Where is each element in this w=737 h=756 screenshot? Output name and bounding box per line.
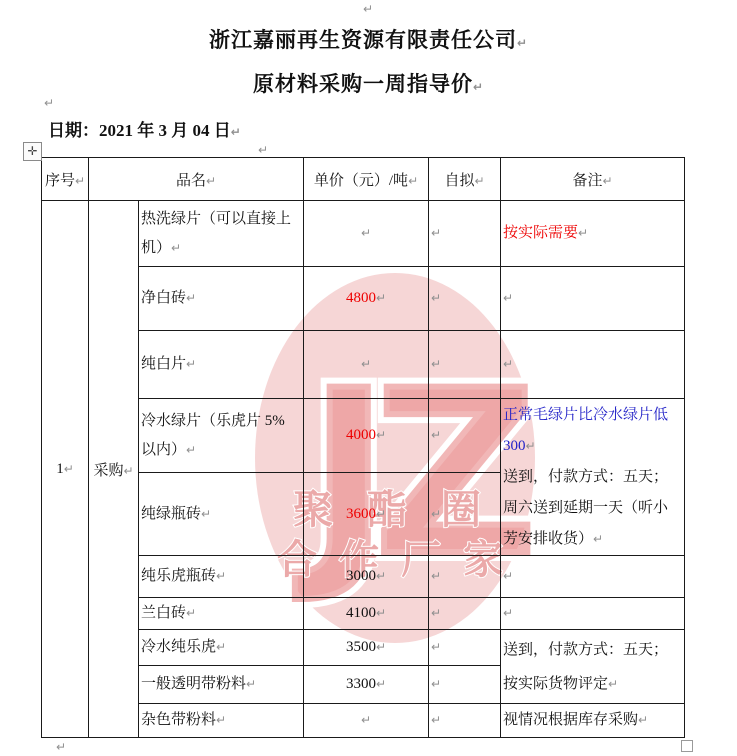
paragraph-mark: ↵ <box>503 606 513 620</box>
table-row: 冷水纯乐虎↵ 3500↵ ↵ 送到，付款方式：五天； 按实际货物评定↵ <box>42 630 685 666</box>
paragraph-mark: ↵ <box>602 174 612 188</box>
product-name-cell[interactable]: 兰白砖↵ <box>139 598 304 630</box>
product-name-text: 一般透明带粉料 <box>141 676 246 692</box>
price-text: 4800 <box>346 290 376 306</box>
paragraph-mark: ↵ <box>216 569 226 583</box>
table-resize-handle[interactable] <box>681 740 693 752</box>
paragraph-mark: ↵ <box>431 606 441 620</box>
table-row: 纯白片↵ ↵ ↵ ↵ <box>42 331 685 399</box>
self-cell[interactable]: ↵ <box>429 556 501 598</box>
remark-black-text: 送到，付款方式：五天；周六送到延期一天（听小芳安排收货） <box>503 469 668 547</box>
price-cell[interactable]: ↵ <box>304 704 429 738</box>
header-price-text: 单价（元）/吨 <box>314 173 408 189</box>
paragraph-mark: ↵ <box>473 80 484 94</box>
paragraph-mark: ↵ <box>517 36 528 50</box>
paragraph-mark: ↵ <box>431 677 441 691</box>
paragraph-mark: ↵ <box>431 713 441 727</box>
document-title-text: 浙江嘉丽再生资源有限责任公司 <box>209 28 517 52</box>
product-name-text: 净白砖 <box>141 290 186 306</box>
self-cell[interactable]: ↵ <box>429 666 501 704</box>
price-cell[interactable]: 4000↵ <box>304 399 429 473</box>
header-name-text: 品名 <box>176 173 206 189</box>
paragraph-mark: ↵ <box>186 357 196 371</box>
remark-text: 按实际需要 <box>503 225 578 241</box>
header-serial[interactable]: 序号↵ <box>42 158 89 201</box>
header-remark-text: 备注 <box>572 173 602 189</box>
paragraph-mark: ↵ <box>246 677 256 691</box>
paragraph-mark: ↵ <box>186 606 196 620</box>
product-name-cell[interactable]: 冷水绿片（乐虎片 5% 以内）↵ <box>139 399 304 473</box>
self-cell[interactable]: ↵ <box>429 473 501 556</box>
remark-cell[interactable]: 按实际需要↵ <box>501 201 685 267</box>
paragraph-mark: ↵ <box>258 143 268 157</box>
document-subtitle-text: 原材料采购一周指导价 <box>253 72 473 96</box>
price-cell[interactable]: ↵ <box>304 331 429 399</box>
header-row: 序号↵ 品名↵ 单价（元）/吨↵ 自拟↵ 备注↵ <box>42 158 685 201</box>
table-row: 杂色带粉料↵ ↵ ↵ 视情况根据库存采购↵ <box>42 704 685 738</box>
paragraph-mark: ↵ <box>186 291 196 305</box>
remark-cell[interactable]: ↵ <box>501 556 685 598</box>
paragraph-mark: ↵ <box>75 174 85 188</box>
header-remark[interactable]: 备注↵ <box>501 158 685 201</box>
paragraph-mark: ↵ <box>361 357 371 371</box>
paragraph-mark: ↵ <box>64 462 74 476</box>
paragraph-mark: ↵ <box>431 640 441 654</box>
remark-line2-text: 按实际货物评定 <box>503 676 608 692</box>
self-cell[interactable]: ↵ <box>429 598 501 630</box>
paragraph-mark: ↵ <box>376 640 386 654</box>
paragraph-mark: ↵ <box>56 740 66 754</box>
paragraph-mark: ↵ <box>503 291 513 305</box>
paragraph-mark: ↵ <box>376 507 386 521</box>
remark-merged-cell[interactable]: 送到，付款方式：五天； 按实际货物评定↵ <box>501 630 685 704</box>
header-self[interactable]: 自拟↵ <box>429 158 501 201</box>
paragraph-mark: ↵ <box>526 439 536 453</box>
table-row: 兰白砖↵ 4100↵ ↵ ↵ <box>42 598 685 630</box>
remark-merged-cell[interactable]: 正常毛绿片比冷水绿片低 300↵ 送到，付款方式：五天；周六送到延期一天（听小芳… <box>501 399 685 556</box>
remark-cell[interactable]: ↵ <box>501 267 685 331</box>
remark-cell[interactable]: ↵ <box>501 331 685 399</box>
price-text: 3500 <box>346 639 376 655</box>
header-name[interactable]: 品名↵ <box>89 158 304 201</box>
product-name-cell[interactable]: 净白砖↵ <box>139 267 304 331</box>
category-text: 采购 <box>93 463 123 479</box>
paragraph-mark: ↵ <box>578 226 588 240</box>
paragraph-mark: ↵ <box>431 226 441 240</box>
paragraph-mark: ↵ <box>431 357 441 371</box>
table-move-handle[interactable]: ✛ <box>23 142 42 161</box>
table-row: 纯乐虎瓶砖↵ 3000↵ ↵ ↵ <box>42 556 685 598</box>
paragraph-mark: ↵ <box>186 443 196 457</box>
paragraph-mark: ↵ <box>206 174 216 188</box>
paragraph-mark: ↵ <box>638 713 648 727</box>
price-text: 3300 <box>346 676 376 692</box>
date-text: 日期：2021 年 3 月 04 日 <box>48 121 231 140</box>
document-title[interactable]: 浙江嘉丽再生资源有限责任公司↵ <box>0 24 737 54</box>
remark-cell[interactable]: ↵ <box>501 598 685 630</box>
product-name-text: 冷水绿片（乐虎片 5% 以内） <box>141 413 285 458</box>
paragraph-mark: ↵ <box>44 96 54 110</box>
table-row: 冷水绿片（乐虎片 5% 以内）↵ 4000↵ ↵ 正常毛绿片比冷水绿片低 300… <box>42 399 685 473</box>
paragraph-mark: ↵ <box>376 569 386 583</box>
paragraph-mark: ↵ <box>216 713 226 727</box>
price-cell[interactable]: 3000↵ <box>304 556 429 598</box>
price-text: 4000 <box>346 427 376 443</box>
serial-cell[interactable]: 1↵ <box>42 201 89 738</box>
paragraph-mark: ↵ <box>431 569 441 583</box>
product-name-cell[interactable]: 纯绿瓶砖↵ <box>139 473 304 556</box>
remark-line1-text: 送到，付款方式：五天； <box>503 642 668 658</box>
serial-text: 1 <box>56 461 64 477</box>
product-name-cell[interactable]: 一般透明带粉料↵ <box>139 666 304 704</box>
remark-cell[interactable]: 视情况根据库存采购↵ <box>501 704 685 738</box>
paragraph-mark: ↵ <box>216 640 226 654</box>
price-table: 序号↵ 品名↵ 单价（元）/吨↵ 自拟↵ 备注↵ 1↵ 采购↵ 热洗绿片（可以直… <box>41 157 685 738</box>
product-name-text: 纯白片 <box>141 356 186 372</box>
paragraph-mark: ↵ <box>503 357 513 371</box>
paragraph-mark: ↵ <box>431 507 441 521</box>
paragraph-mark: ↵ <box>201 507 211 521</box>
paragraph-mark: ↵ <box>608 677 618 691</box>
price-text: 3000 <box>346 568 376 584</box>
product-name-text: 兰白砖 <box>141 605 186 621</box>
paragraph-mark: ↵ <box>363 2 373 16</box>
paragraph-mark: ↵ <box>593 532 603 546</box>
price-cell[interactable]: 3300↵ <box>304 666 429 704</box>
remark-text: 视情况根据库存采购 <box>503 712 638 728</box>
table-row: 净白砖↵ 4800↵ ↵ ↵ <box>42 267 685 331</box>
paragraph-mark: ↵ <box>171 241 181 255</box>
self-cell[interactable]: ↵ <box>429 201 501 267</box>
header-price[interactable]: 单价（元）/吨↵ <box>304 158 429 201</box>
header-serial-text: 序号 <box>45 173 75 189</box>
paragraph-mark: ↵ <box>123 464 133 478</box>
price-cell[interactable]: 4100↵ <box>304 598 429 630</box>
paragraph-mark: ↵ <box>431 291 441 305</box>
table-row: 1↵ 采购↵ 热洗绿片（可以直接上机）↵ ↵ ↵ 按实际需要↵ <box>42 201 685 267</box>
paragraph-mark: ↵ <box>474 174 484 188</box>
self-cell[interactable]: ↵ <box>429 331 501 399</box>
paragraph-mark: ↵ <box>376 291 386 305</box>
paragraph-mark: ↵ <box>361 713 371 727</box>
paragraph-mark: ↵ <box>376 428 386 442</box>
product-name-text: 热洗绿片（可以直接上机） <box>141 211 291 256</box>
product-name-cell[interactable]: 纯乐虎瓶砖↵ <box>139 556 304 598</box>
self-cell[interactable]: ↵ <box>429 399 501 473</box>
date-line[interactable]: 日期：2021 年 3 月 04 日↵ <box>48 116 241 141</box>
product-name-text: 纯绿瓶砖 <box>141 506 201 522</box>
price-cell[interactable]: 3600↵ <box>304 473 429 556</box>
product-name-text: 冷水纯乐虎 <box>141 639 216 655</box>
self-cell[interactable]: ↵ <box>429 267 501 331</box>
paragraph-mark: ↵ <box>231 125 241 139</box>
document-subtitle[interactable]: 原材料采购一周指导价↵ <box>0 68 737 98</box>
self-cell[interactable]: ↵ <box>429 704 501 738</box>
product-name-cell[interactable]: 热洗绿片（可以直接上机）↵ <box>139 201 304 267</box>
price-cell[interactable]: ↵ <box>304 201 429 267</box>
product-name-text: 纯乐虎瓶砖 <box>141 568 216 584</box>
paragraph-mark: ↵ <box>503 569 513 583</box>
category-cell[interactable]: 采购↵ <box>89 201 139 738</box>
paragraph-mark: ↵ <box>376 606 386 620</box>
product-name-text: 杂色带粉料 <box>141 712 216 728</box>
price-text: 3600 <box>346 506 376 522</box>
paragraph-mark: ↵ <box>361 226 371 240</box>
product-name-cell[interactable]: 纯白片↵ <box>139 331 304 399</box>
price-cell[interactable]: 4800↵ <box>304 267 429 331</box>
product-name-cell[interactable]: 杂色带粉料↵ <box>139 704 304 738</box>
self-cell[interactable]: ↵ <box>429 630 501 666</box>
header-self-text: 自拟 <box>444 173 474 189</box>
paragraph-mark: ↵ <box>408 174 418 188</box>
paragraph-mark: ↵ <box>376 677 386 691</box>
paragraph-mark: ↵ <box>431 428 441 442</box>
product-name-cell[interactable]: 冷水纯乐虎↵ <box>139 630 304 666</box>
price-cell[interactable]: 3500↵ <box>304 630 429 666</box>
price-text: 4100 <box>346 605 376 621</box>
